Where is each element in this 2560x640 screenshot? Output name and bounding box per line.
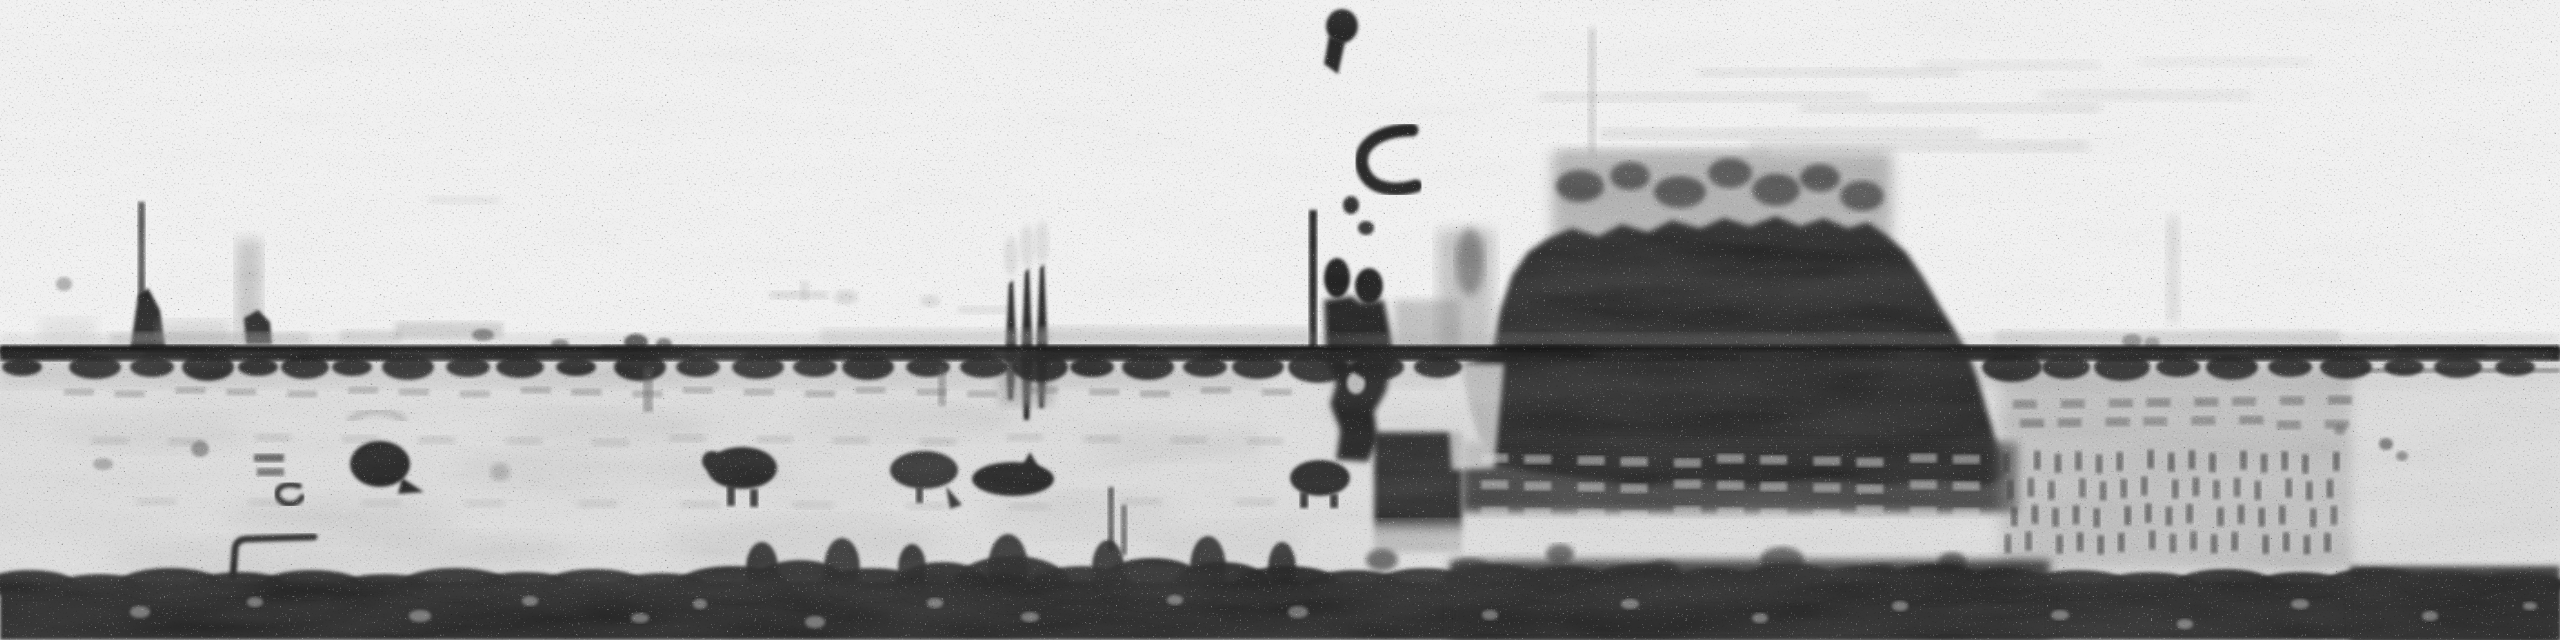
grainy-waterfront-photo [0,0,2560,640]
photo-stage [0,0,2560,640]
film-grain-light-speckle [0,0,2560,640]
